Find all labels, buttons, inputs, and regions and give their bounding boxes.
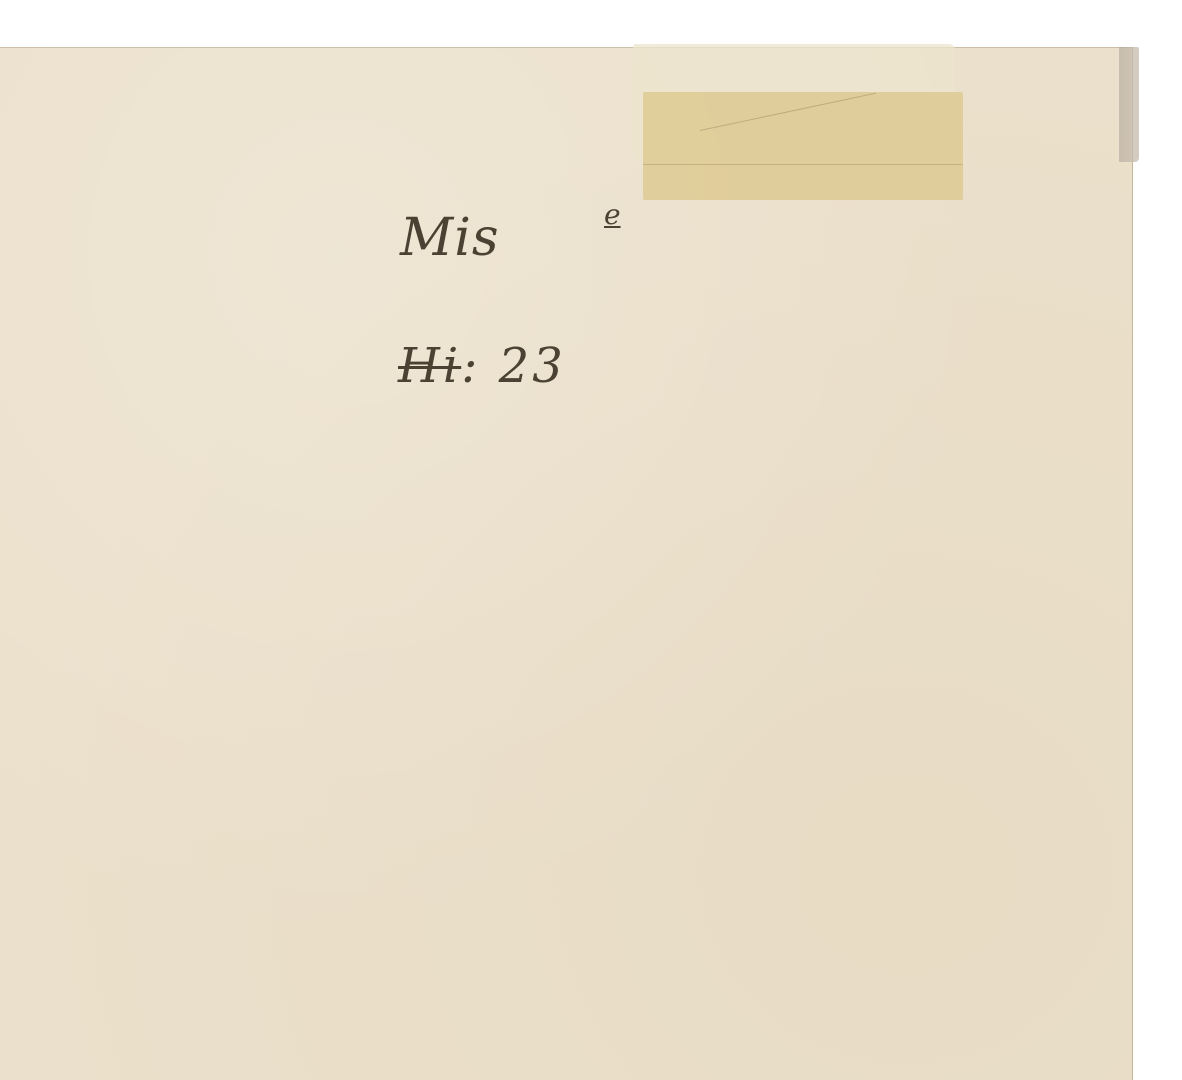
handwritten-number: : 23 <box>461 338 566 394</box>
paper-sheet <box>0 47 1133 1080</box>
photo-scene: Mis e Hi: 23 <box>0 0 1182 1080</box>
struck-through-text: Hi <box>398 338 461 394</box>
handwritten-line-2: Hi: 23 <box>398 338 566 394</box>
handwritten-line-1: Mis <box>400 208 500 268</box>
tape-fold-line <box>643 164 963 165</box>
paper-corner-wear <box>1119 47 1139 162</box>
handwritten-superscript: e <box>604 198 621 231</box>
